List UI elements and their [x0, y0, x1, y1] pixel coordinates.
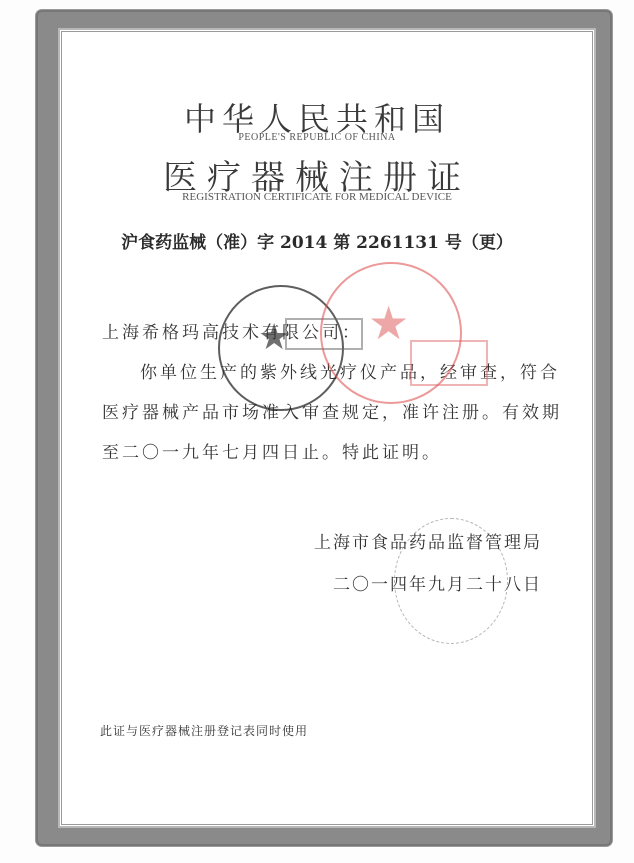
registration-number: 沪食药监械（准）字 2014 第 2261131 号（更）: [0, 228, 634, 253]
certificate-page: 中华人民共和国 PEOPLE'S REPUBLIC OF CHINA 医疗器械注…: [0, 0, 634, 863]
copy-stamp-red: [410, 340, 488, 386]
country-title-en: PEOPLE'S REPUBLIC OF CHINA: [0, 132, 634, 143]
body-line-2: 医疗器械产品市场准入审查规定，准许注册。有效期: [102, 398, 562, 423]
certificate-panel: [58, 28, 596, 828]
body-line-3: 至二〇一九年七月四日止。特此证明。: [102, 438, 442, 463]
copy-stamp-gray: [285, 318, 363, 350]
body-line-1: 你单位生产的紫外线光疗仪产品，经审查，符合: [140, 358, 560, 383]
star-icon: ★: [368, 300, 409, 346]
issue-date: 二〇一四年九月二十八日: [333, 570, 542, 595]
issuing-authority: 上海市食品药品监督管理局: [314, 528, 542, 553]
footnote: 此证与医疗器械注册登记表同时使用: [100, 722, 308, 739]
certificate-title-en: REGISTRATION CERTIFICATE FOR MEDICAL DEV…: [0, 191, 634, 203]
